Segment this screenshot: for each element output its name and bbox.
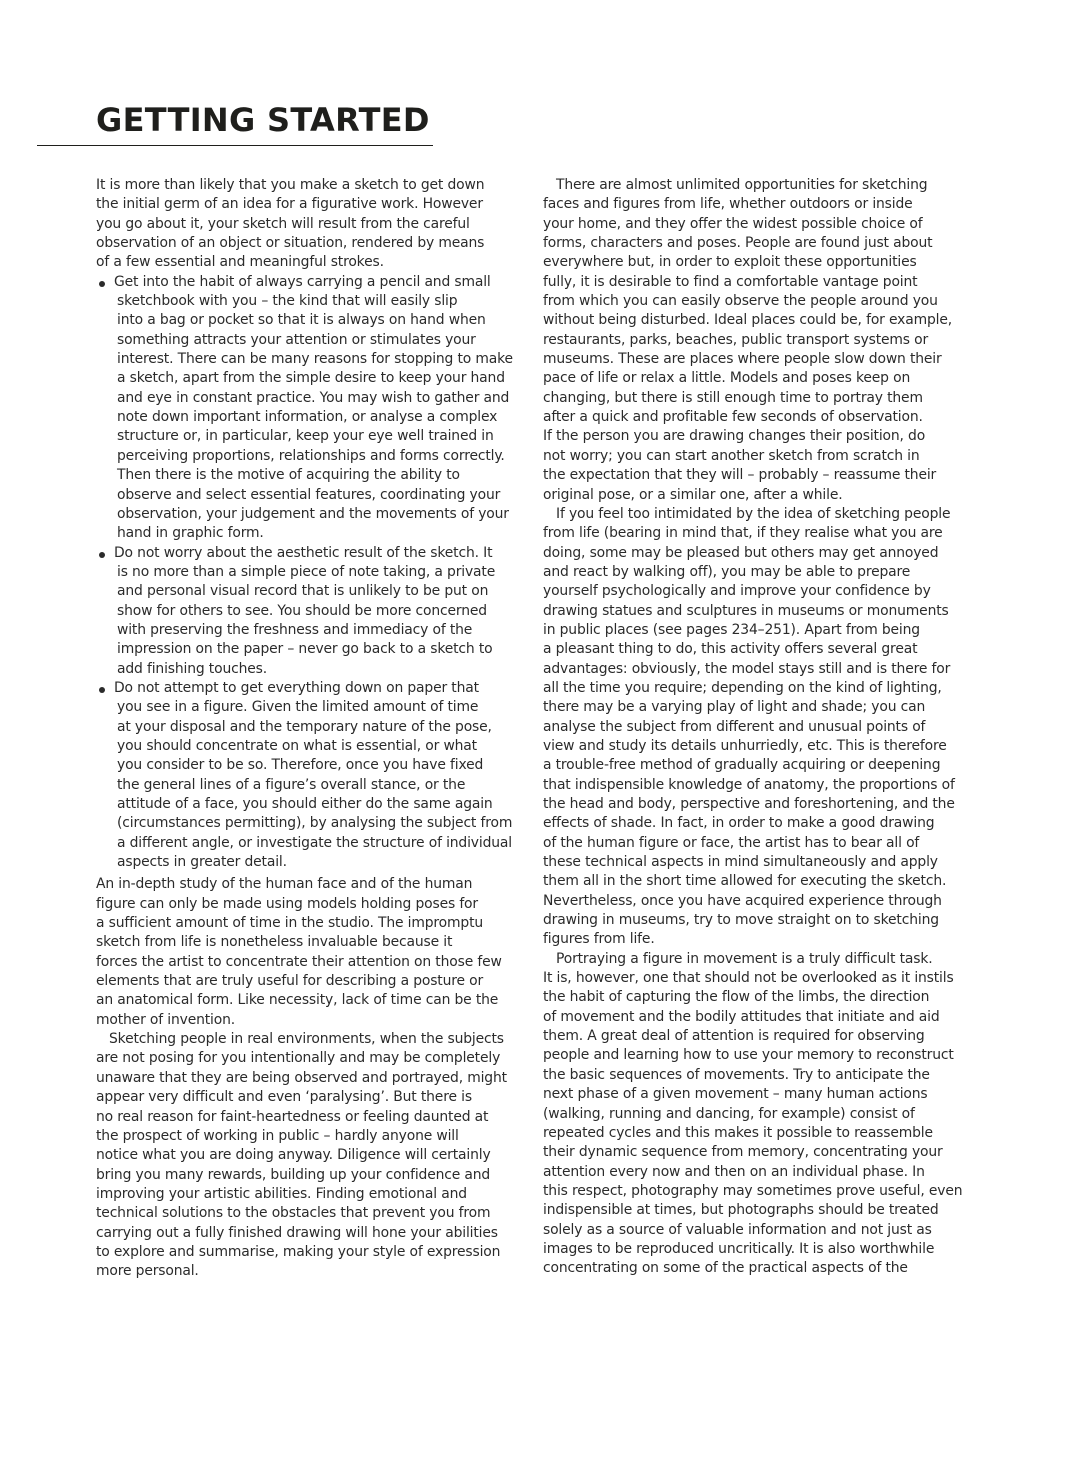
text-line: a trouble-free method of gradually acqui… bbox=[543, 756, 968, 775]
text-line: pace of life or relax a little. Models a… bbox=[543, 369, 968, 388]
page-title: GETTING STARTED bbox=[96, 100, 430, 140]
text-line: concentrating on some of the practical a… bbox=[543, 1259, 968, 1278]
text-line: drawing statues and sculptures in museum… bbox=[543, 602, 968, 621]
text-line: improving your artistic abilities. Findi… bbox=[96, 1185, 526, 1204]
text-line: and react by walking off), you may be ab… bbox=[543, 563, 968, 582]
text-line: fully, it is desirable to find a comfort… bbox=[543, 273, 968, 292]
body-paragraph: If you feel too intimidated by the idea … bbox=[543, 505, 968, 950]
text-line: and personal visual record that is unlik… bbox=[96, 582, 526, 601]
text-line: (circumstances permitting), by analysing… bbox=[96, 814, 526, 833]
text-line: An in-depth study of the human face and … bbox=[96, 875, 526, 894]
bullet-icon bbox=[99, 281, 105, 287]
text-line: It is more than likely that you make a s… bbox=[96, 176, 526, 195]
text-line: you should concentrate on what is essent… bbox=[96, 737, 526, 756]
text-line: mother of invention. bbox=[96, 1011, 526, 1030]
text-line: figures from life. bbox=[543, 930, 968, 949]
text-line: doing, some may be pleased but others ma… bbox=[543, 544, 968, 563]
text-line: no real reason for faint-heartedness or … bbox=[96, 1108, 526, 1127]
text-line: these technical aspects in mind simultan… bbox=[543, 853, 968, 872]
text-line: bring you many rewards, building up your… bbox=[96, 1166, 526, 1185]
text-line: hand in graphic form. bbox=[96, 524, 526, 543]
text-line: Do not attempt to get everything down on… bbox=[114, 680, 479, 696]
text-line: and eye in constant practice. You may wi… bbox=[96, 389, 526, 408]
text-line: something attracts your attention or sti… bbox=[96, 331, 526, 350]
text-line: interest. There can be many reasons for … bbox=[96, 350, 526, 369]
text-line: images to be reproduced uncritically. It… bbox=[543, 1240, 968, 1259]
text-line: to explore and summarise, making your st… bbox=[96, 1243, 526, 1262]
text-line: the basic sequences of movements. Try to… bbox=[543, 1066, 968, 1085]
text-line: you see in a figure. Given the limited a… bbox=[96, 698, 526, 717]
left-column: It is more than likely that you make a s… bbox=[96, 176, 526, 1282]
text-line: is no more than a simple piece of note t… bbox=[96, 563, 526, 582]
text-line: add finishing touches. bbox=[96, 660, 526, 679]
text-line: effects of shade. In fact, in order to m… bbox=[543, 814, 968, 833]
bullet-item: Get into the habit of always carrying a … bbox=[96, 273, 526, 544]
text-line: changing, but there is still enough time… bbox=[543, 389, 968, 408]
text-line: structure or, in particular, keep your e… bbox=[96, 427, 526, 446]
text-line: There are almost unlimited opportunities… bbox=[543, 176, 968, 195]
text-line: observation of an object or situation, r… bbox=[96, 234, 526, 253]
text-line: observation, your judgement and the move… bbox=[96, 505, 526, 524]
text-line: notice what you are doing anyway. Dilige… bbox=[96, 1146, 526, 1165]
text-line: from life (bearing in mind that, if they… bbox=[543, 524, 968, 543]
text-line: people and learning how to use your memo… bbox=[543, 1046, 968, 1065]
text-line: appear very difficult and even ‘paralysi… bbox=[96, 1088, 526, 1107]
text-line: your home, and they offer the widest pos… bbox=[543, 215, 968, 234]
text-line: If you feel too intimidated by the idea … bbox=[543, 505, 968, 524]
text-line: at your disposal and the temporary natur… bbox=[96, 718, 526, 737]
title-rule bbox=[37, 145, 433, 146]
text-line: are not posing for you intentionally and… bbox=[96, 1049, 526, 1068]
text-line: that indispensible knowledge of anatomy,… bbox=[543, 776, 968, 795]
text-line: them. A great deal of attention is requi… bbox=[543, 1027, 968, 1046]
text-line: technical solutions to the obstacles tha… bbox=[96, 1204, 526, 1223]
bullet-item: Do not worry about the aesthetic result … bbox=[96, 544, 526, 679]
text-line: carrying out a fully finished drawing wi… bbox=[96, 1224, 526, 1243]
text-line: forces the artist to concentrate their a… bbox=[96, 953, 526, 972]
text-line: attention every now and then on an indiv… bbox=[543, 1163, 968, 1182]
text-line: Sketching people in real environments, w… bbox=[96, 1030, 526, 1049]
text-line: the initial germ of an idea for a figura… bbox=[96, 195, 526, 214]
text-line: with preserving the freshness and immedi… bbox=[96, 621, 526, 640]
text-line: It is, however, one that should not be o… bbox=[543, 969, 968, 988]
text-line: yourself psychologically and improve you… bbox=[543, 582, 968, 601]
text-line: the expectation that they will – probabl… bbox=[543, 466, 968, 485]
text-line: next phase of a given movement – many hu… bbox=[543, 1085, 968, 1104]
text-line: Then there is the motive of acquiring th… bbox=[96, 466, 526, 485]
right-column: There are almost unlimited opportunities… bbox=[543, 176, 968, 1279]
text-line: advantages: obviously, the model stays s… bbox=[543, 660, 968, 679]
text-line: perceiving proportions, relationships an… bbox=[96, 447, 526, 466]
text-line: after a quick and profitable few seconds… bbox=[543, 408, 968, 427]
text-line: a sketch, apart from the simple desire t… bbox=[96, 369, 526, 388]
text-line: drawing in museums, try to move straight… bbox=[543, 911, 968, 930]
text-line: indispensible at times, but photographs … bbox=[543, 1201, 968, 1220]
text-line: there may be a varying play of light and… bbox=[543, 698, 968, 717]
text-line: attitude of a face, you should either do… bbox=[96, 795, 526, 814]
text-line: more personal. bbox=[96, 1262, 526, 1281]
text-line: of movement and the bodily attitudes tha… bbox=[543, 1008, 968, 1027]
text-line: museums. These are places where people s… bbox=[543, 350, 968, 369]
body-paragraph: There are almost unlimited opportunities… bbox=[543, 176, 968, 505]
text-line: their dynamic sequence from memory, conc… bbox=[543, 1143, 968, 1162]
text-line: you go about it, your sketch will result… bbox=[96, 215, 526, 234]
text-line: sketch from life is nonetheless invaluab… bbox=[96, 933, 526, 952]
text-line: forms, characters and poses. People are … bbox=[543, 234, 968, 253]
text-line: all the time you require; depending on t… bbox=[543, 679, 968, 698]
text-line: show for others to see. You should be mo… bbox=[96, 602, 526, 621]
text-line: view and study its details unhurriedly, … bbox=[543, 737, 968, 756]
text-line: aspects in greater detail. bbox=[96, 853, 526, 872]
body-paragraph: Portraying a figure in movement is a tru… bbox=[543, 950, 968, 1279]
text-line: note down important information, or anal… bbox=[96, 408, 526, 427]
intro-paragraph: It is more than likely that you make a s… bbox=[96, 176, 526, 273]
text-line: If the person you are drawing changes th… bbox=[543, 427, 968, 446]
text-line: figure can only be made using models hol… bbox=[96, 895, 526, 914]
text-line: a different angle, or investigate the st… bbox=[96, 834, 526, 853]
bullet-item: Do not attempt to get everything down on… bbox=[96, 679, 526, 872]
text-line: unaware that they are being observed and… bbox=[96, 1069, 526, 1088]
text-line: them all in the short time allowed for e… bbox=[543, 872, 968, 891]
text-line: faces and figures from life, whether out… bbox=[543, 195, 968, 214]
text-line: Do not worry about the aesthetic result … bbox=[114, 545, 492, 561]
text-line: elements that are truly useful for descr… bbox=[96, 972, 526, 991]
body-paragraph: An in-depth study of the human face and … bbox=[96, 875, 526, 1030]
text-line: a pleasant thing to do, this activity of… bbox=[543, 640, 968, 659]
text-line: observe and select essential features, c… bbox=[96, 486, 526, 505]
body-paragraph: Sketching people in real environments, w… bbox=[96, 1030, 526, 1281]
text-line: you consider to be so. Therefore, once y… bbox=[96, 756, 526, 775]
text-line: the habit of capturing the flow of the l… bbox=[543, 988, 968, 1007]
text-line: without being disturbed. Ideal places co… bbox=[543, 311, 968, 330]
text-line: not worry; you can start another sketch … bbox=[543, 447, 968, 466]
text-line: restaurants, parks, beaches, public tran… bbox=[543, 331, 968, 350]
text-line: original pose, or a similar one, after a… bbox=[543, 486, 968, 505]
text-line: from which you can easily observe the pe… bbox=[543, 292, 968, 311]
text-line: the general lines of a figure’s overall … bbox=[96, 776, 526, 795]
text-line: (walking, running and dancing, for examp… bbox=[543, 1105, 968, 1124]
text-line: a sufficient amount of time in the studi… bbox=[96, 914, 526, 933]
text-line: sketchbook with you – the kind that will… bbox=[96, 292, 526, 311]
text-line: solely as a source of valuable informati… bbox=[543, 1221, 968, 1240]
bullet-icon bbox=[99, 687, 105, 693]
text-line: analyse the subject from different and u… bbox=[543, 718, 968, 737]
text-line: Portraying a figure in movement is a tru… bbox=[543, 950, 968, 969]
text-line: into a bag or pocket so that it is alway… bbox=[96, 311, 526, 330]
text-line: an anatomical form. Like necessity, lack… bbox=[96, 991, 526, 1010]
text-line: of the human figure or face, the artist … bbox=[543, 834, 968, 853]
text-line: of a few essential and meaningful stroke… bbox=[96, 253, 526, 272]
text-line: in public places (see pages 234–251). Ap… bbox=[543, 621, 968, 640]
bullet-icon bbox=[99, 552, 105, 558]
text-line: the head and body, perspective and fores… bbox=[543, 795, 968, 814]
text-line: this respect, photography may sometimes … bbox=[543, 1182, 968, 1201]
text-line: repeated cycles and this makes it possib… bbox=[543, 1124, 968, 1143]
text-line: Nevertheless, once you have acquired exp… bbox=[543, 892, 968, 911]
text-line: impression on the paper – never go back … bbox=[96, 640, 526, 659]
text-line: Get into the habit of always carrying a … bbox=[114, 274, 491, 290]
text-line: the prospect of working in public – hard… bbox=[96, 1127, 526, 1146]
text-line: everywhere but, in order to exploit thes… bbox=[543, 253, 968, 272]
